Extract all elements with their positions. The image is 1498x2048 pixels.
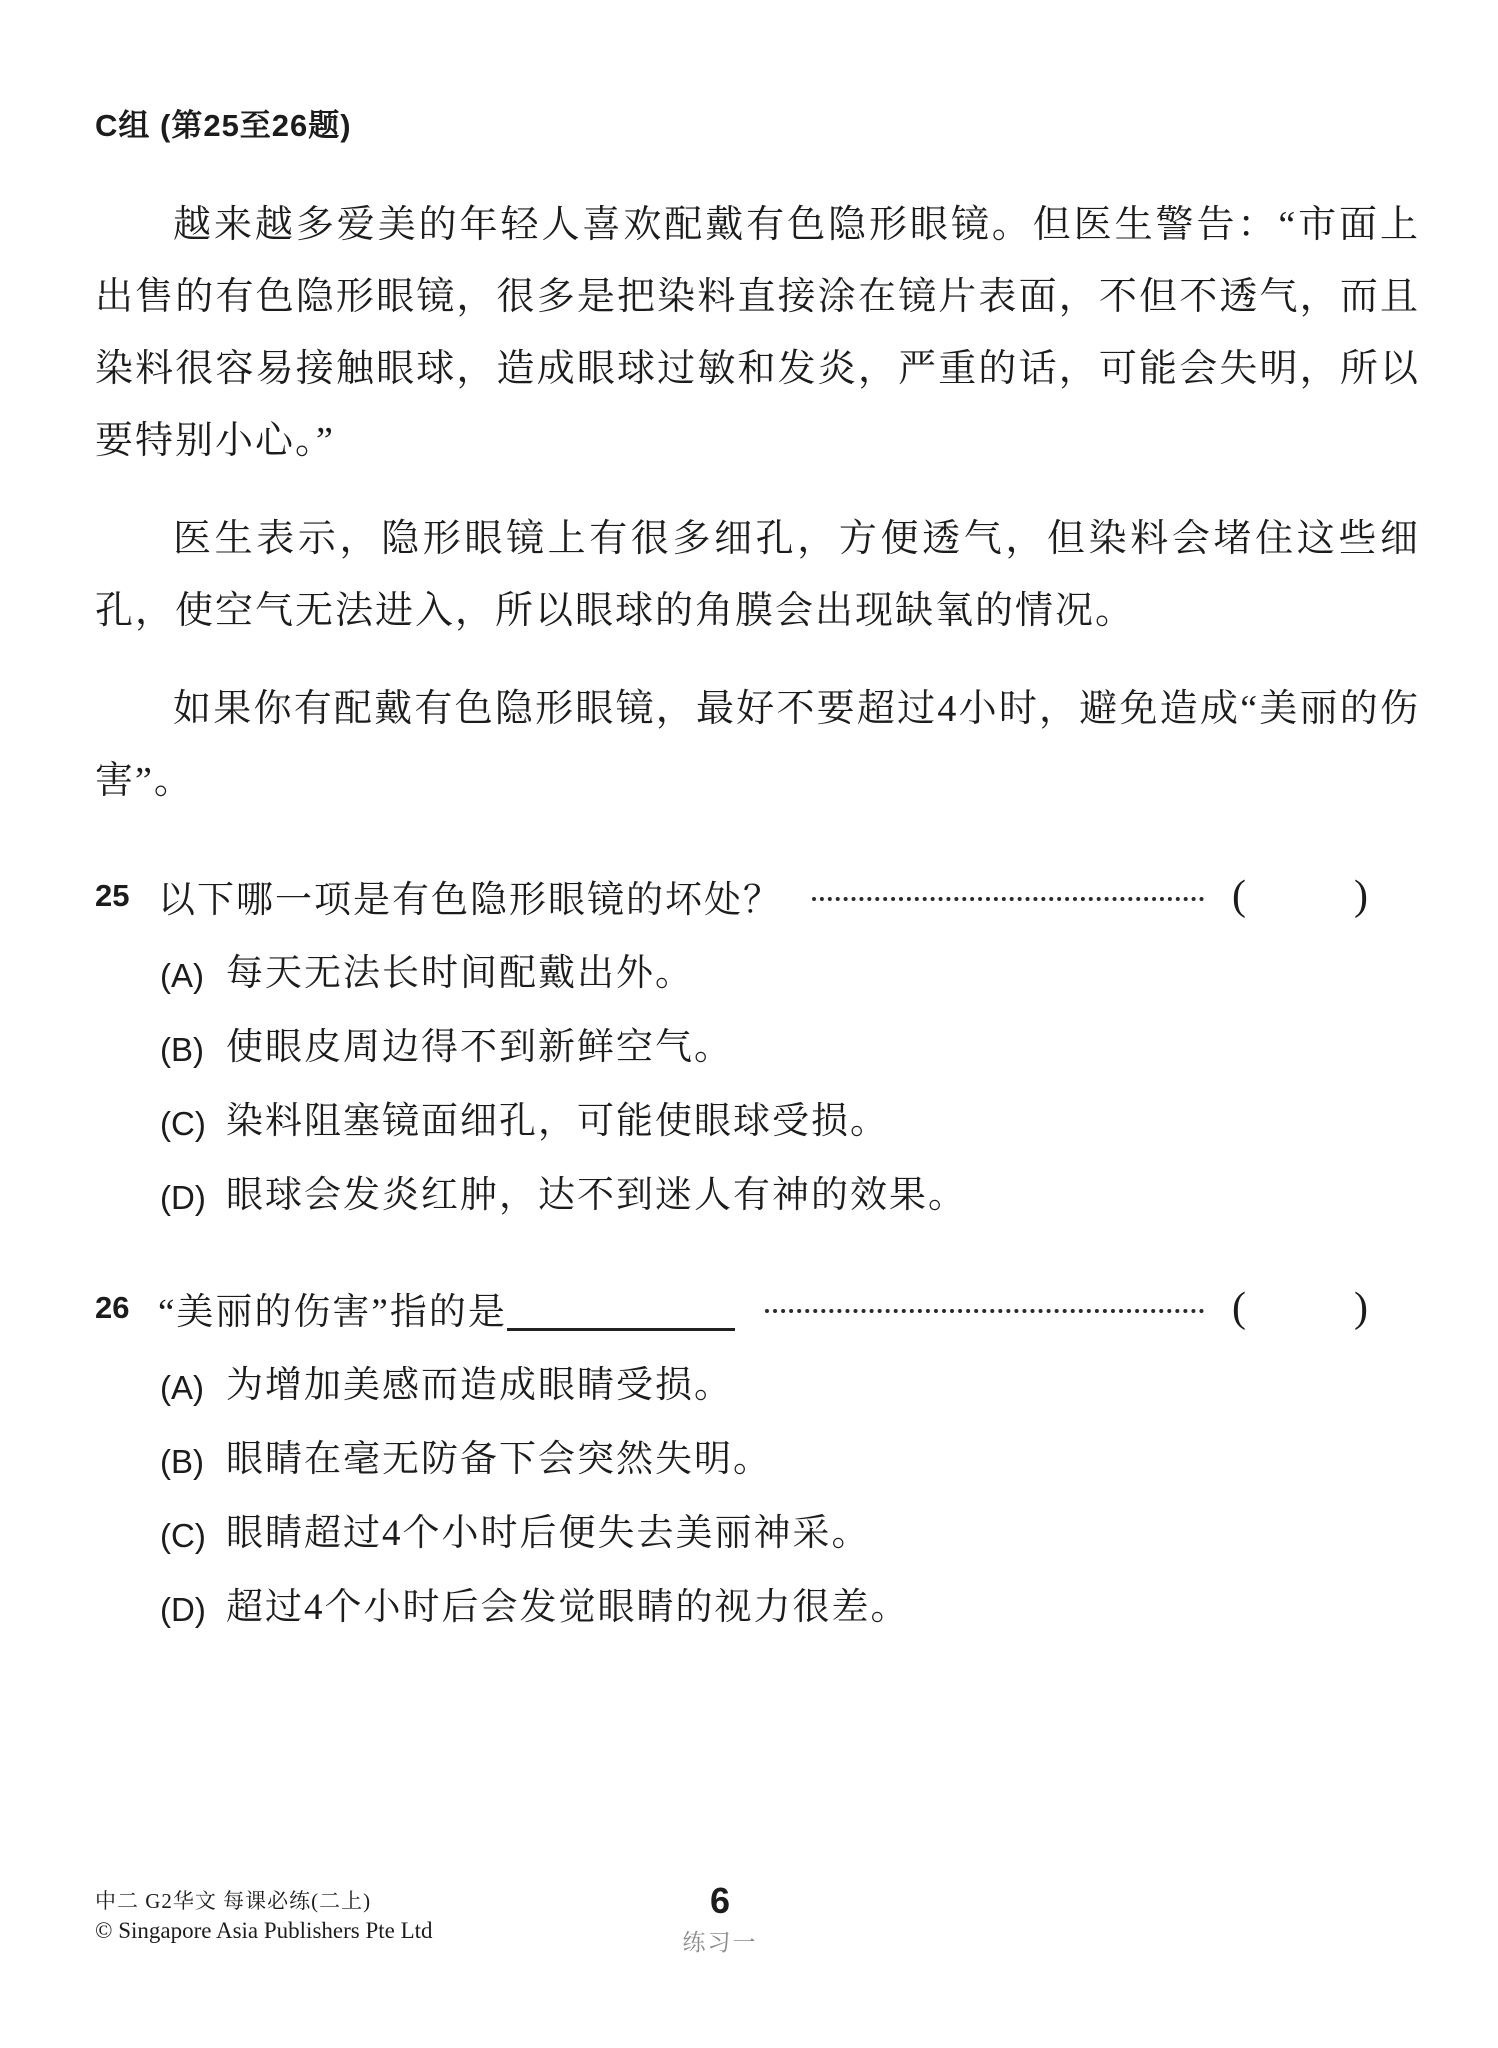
- option-label: (D): [160, 1171, 226, 1223]
- dotted-leader: [812, 897, 1204, 901]
- option-row: (A) 为增加美感而造成眼睛受损。: [160, 1361, 1420, 1413]
- question-text: “美丽的伤害”指的是: [158, 1281, 507, 1335]
- option-text: 超过4个小时后会发觉眼睛的视力很差。: [226, 1583, 910, 1633]
- option-text: 眼球会发炎红肿，达不到迷人有神的效果。: [226, 1171, 967, 1221]
- option-label: (C): [160, 1097, 226, 1149]
- option-text: 使眼皮周边得不到新鲜空气。: [226, 1023, 733, 1073]
- option-row: (A) 每天无法长时间配戴出外。: [160, 949, 1420, 1001]
- question-25: 25 以下哪一项是有色隐形眼镜的坏处？ ( ) (A) 每天无法长时间配戴出外。…: [95, 867, 1420, 1223]
- dotted-leader: [765, 1309, 1204, 1313]
- section-header: C组 (第25至26题): [95, 100, 1420, 145]
- option-row: (C) 眼睛超过4个小时后便失去美丽神采。: [160, 1509, 1420, 1561]
- question-26-row: 26 “美丽的伤害”指的是 ( ): [95, 1279, 1420, 1337]
- question-number: 26: [95, 1290, 158, 1326]
- answer-bracket-close: ): [1354, 1284, 1368, 1332]
- option-label: (D): [160, 1583, 226, 1635]
- footer-copyright: © Singapore Asia Publishers Pte Ltd: [95, 1916, 433, 1946]
- question-number: 25: [95, 878, 158, 914]
- exam-page: C组 (第25至26题) 越来越多爱美的年轻人喜欢配戴有色隐形眼镜。但医生警告：…: [0, 0, 1498, 2048]
- answer-bracket-close: ): [1354, 872, 1368, 920]
- option-label: (A): [160, 1361, 226, 1413]
- option-row: (D) 眼球会发炎红肿，达不到迷人有神的效果。: [160, 1171, 1420, 1223]
- answer-brackets: ( ): [1232, 1284, 1368, 1332]
- passage-paragraph: 越来越多爱美的年轻人喜欢配戴有色隐形眼镜。但医生警告：“市面上出售的有色隐形眼镜…: [95, 189, 1420, 477]
- footer-page-label: 练习一: [655, 1924, 785, 1957]
- question-26-options: (A) 为增加美感而造成眼睛受损。 (B) 眼睛在毫无防备下会突然失明。 (C)…: [160, 1361, 1420, 1635]
- answer-brackets: ( ): [1232, 872, 1368, 920]
- footer-series-title: 中二 G2华文 每课必练(二上): [95, 1886, 433, 1916]
- option-label: (B): [160, 1435, 226, 1487]
- option-row: (B) 使眼皮周边得不到新鲜空气。: [160, 1023, 1420, 1075]
- option-label: (A): [160, 949, 226, 1001]
- question-25-row: 25 以下哪一项是有色隐形眼镜的坏处？ ( ): [95, 867, 1420, 925]
- footer-center: 6 练习一: [655, 1882, 785, 1957]
- question-26: 26 “美丽的伤害”指的是 ( ) (A) 为增加美感而造成眼睛受损。 (B) …: [95, 1279, 1420, 1635]
- answer-bracket-open: (: [1232, 1284, 1246, 1332]
- option-text: 眼睛在毫无防备下会突然失明。: [226, 1435, 772, 1485]
- question-25-options: (A) 每天无法长时间配戴出外。 (B) 使眼皮周边得不到新鲜空气。 (C) 染…: [160, 949, 1420, 1223]
- option-row: (B) 眼睛在毫无防备下会突然失明。: [160, 1435, 1420, 1487]
- option-label: (C): [160, 1509, 226, 1561]
- passage-paragraph: 如果你有配戴有色隐形眼镜，最好不要超过4小时，避免造成“美丽的伤害”。: [95, 673, 1420, 817]
- page-content: C组 (第25至26题) 越来越多爱美的年轻人喜欢配戴有色隐形眼镜。但医生警告：…: [95, 100, 1420, 1657]
- option-text: 染料阻塞镜面细孔，可能使眼球受损。: [226, 1097, 889, 1147]
- reading-passage: 越来越多爱美的年轻人喜欢配戴有色隐形眼镜。但医生警告：“市面上出售的有色隐形眼镜…: [95, 189, 1420, 817]
- option-label: (B): [160, 1023, 226, 1075]
- option-row: (D) 超过4个小时后会发觉眼睛的视力很差。: [160, 1583, 1420, 1635]
- footer-left: 中二 G2华文 每课必练(二上) © Singapore Asia Publis…: [95, 1886, 433, 1946]
- fill-in-blank-line: [507, 1288, 735, 1331]
- option-text: 每天无法长时间配戴出外。: [226, 949, 694, 999]
- answer-bracket-open: (: [1232, 872, 1246, 920]
- page-number: 6: [655, 1882, 785, 1920]
- option-text: 为增加美感而造成眼睛受损。: [226, 1361, 733, 1411]
- question-text: 以下哪一项是有色隐形眼镜的坏处？: [158, 869, 782, 923]
- option-text: 眼睛超过4个小时后便失去美丽神采。: [226, 1509, 871, 1559]
- option-row: (C) 染料阻塞镜面细孔，可能使眼球受损。: [160, 1097, 1420, 1149]
- passage-paragraph: 医生表示，隐形眼镜上有很多细孔，方便透气，但染料会堵住这些细孔，使空气无法进入，…: [95, 503, 1420, 647]
